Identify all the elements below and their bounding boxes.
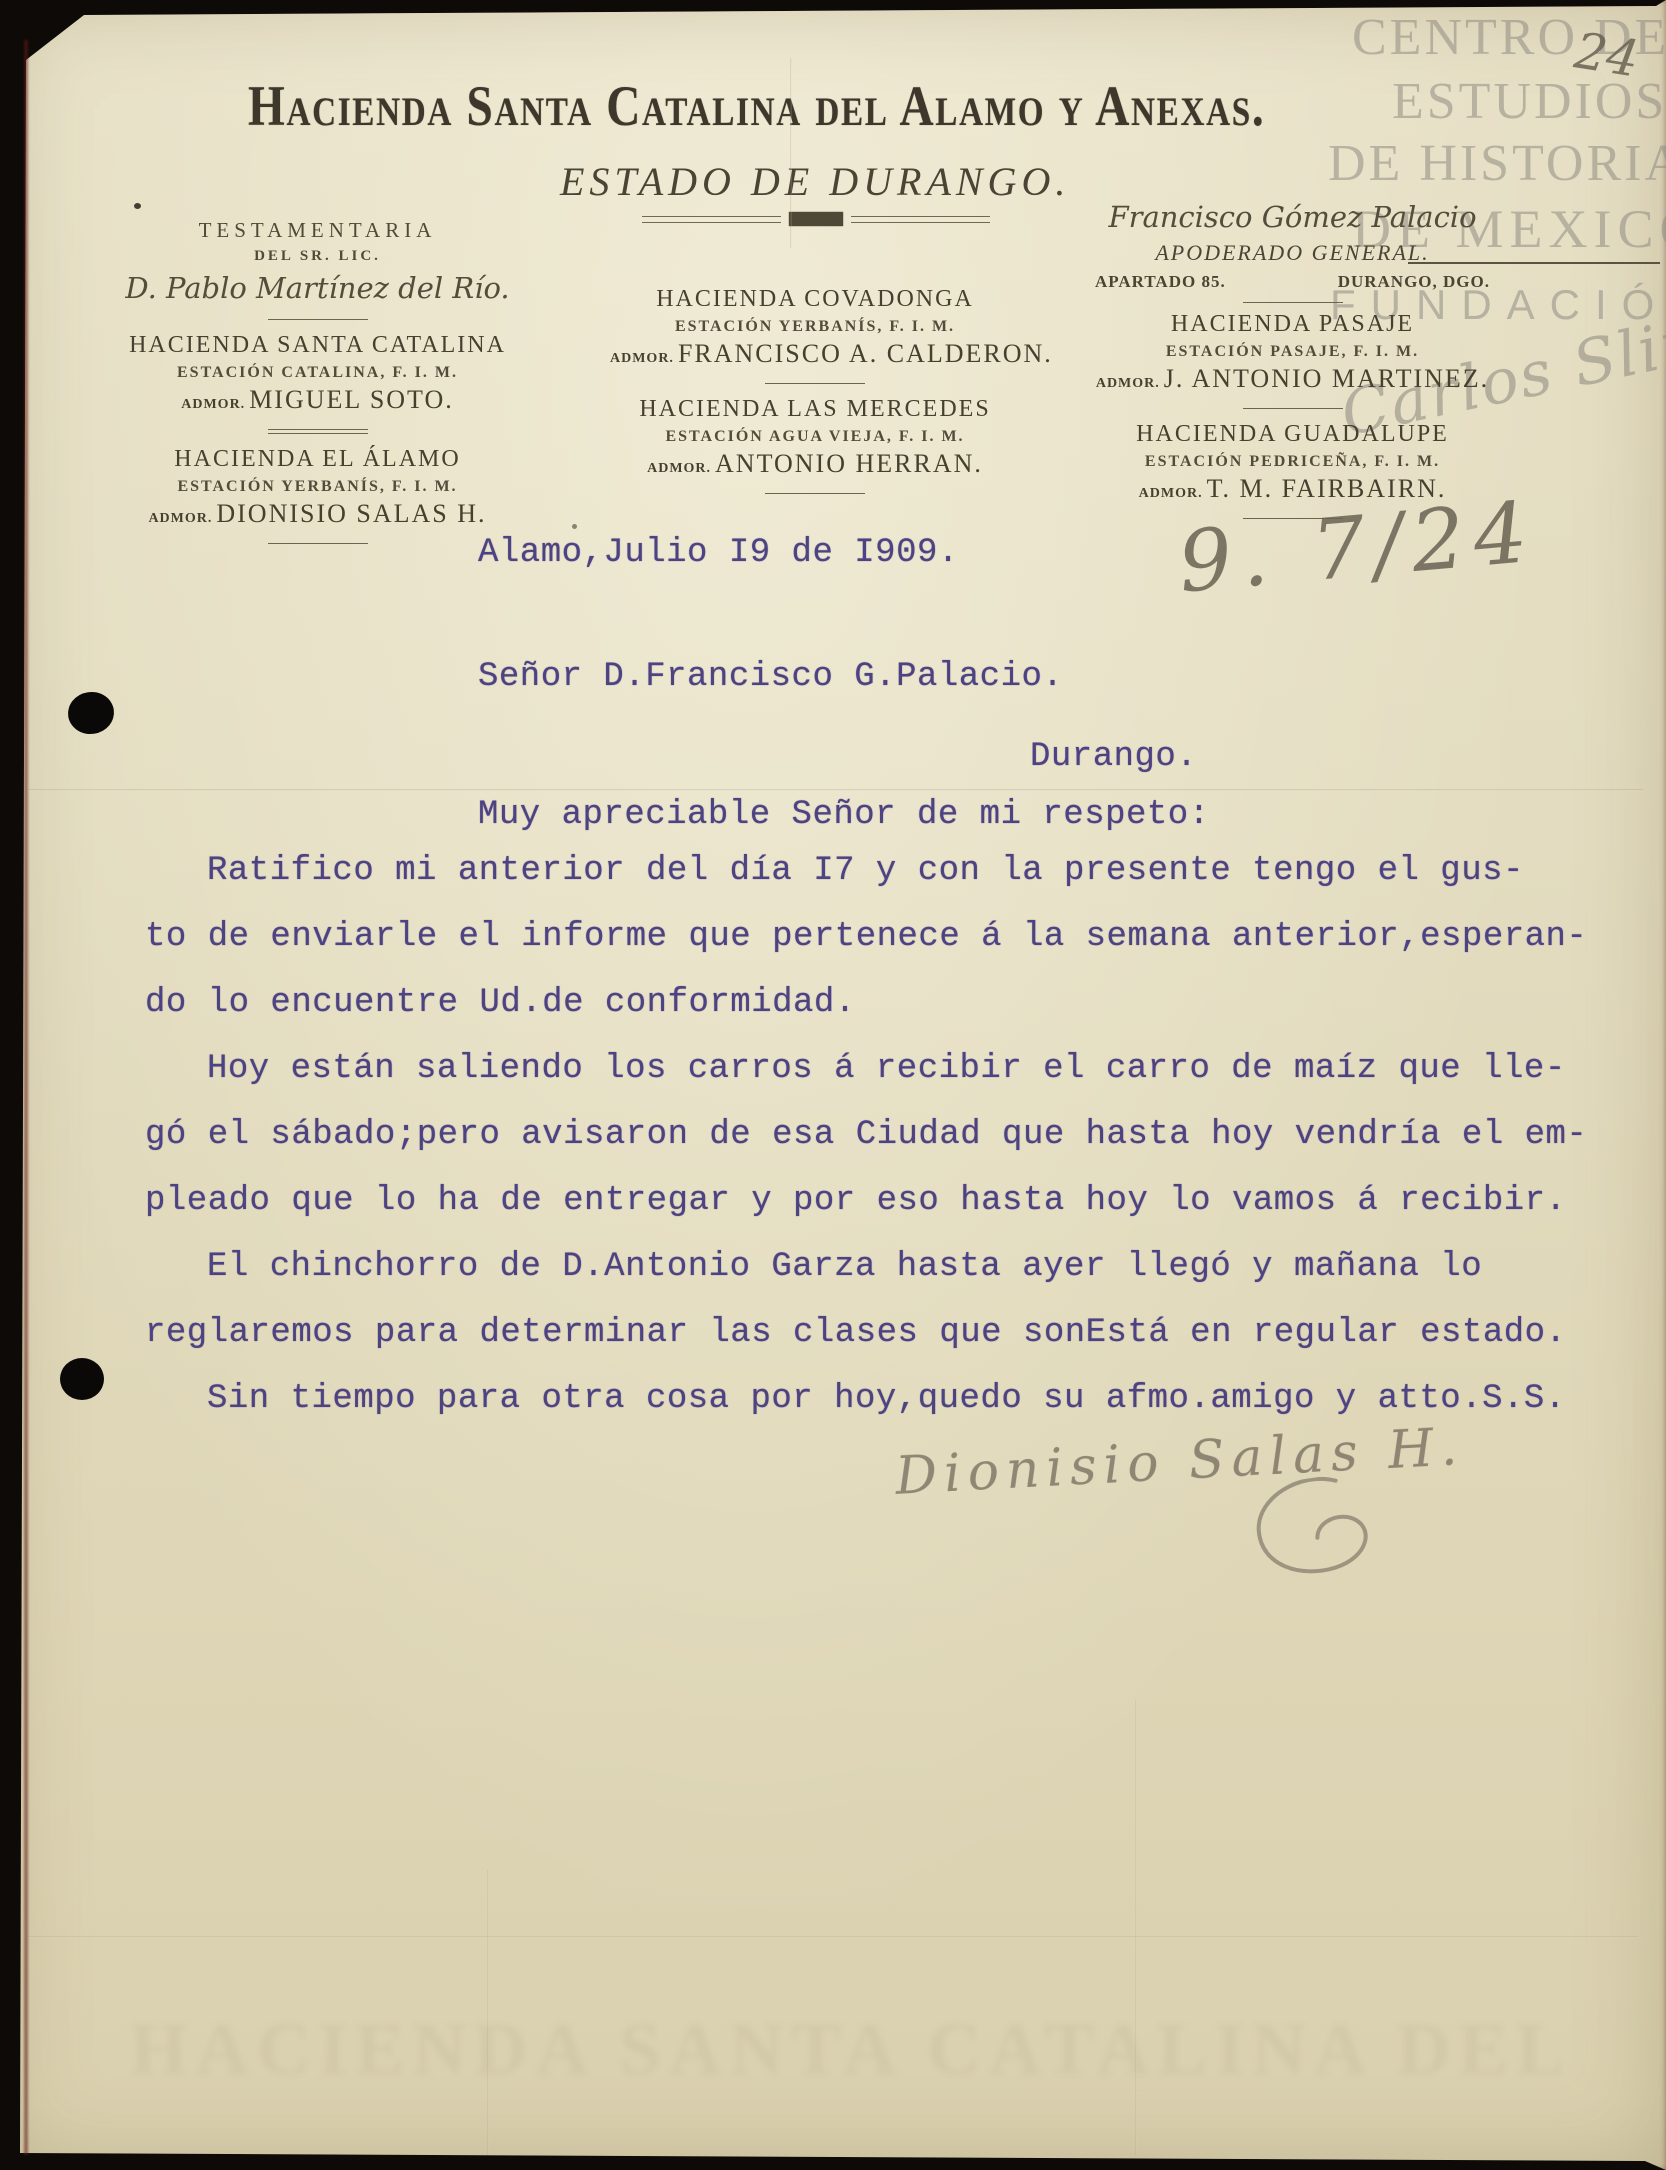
hacienda-name: HACIENDA GUADALUPE <box>1085 421 1500 448</box>
hacienda-admor: ADMOR. T. M. FAIRBAIRN. <box>1085 474 1500 504</box>
body-line: reglaremos para determinar las clases qu… <box>145 1314 1587 1380</box>
divider-rule <box>765 383 865 384</box>
admor-name: FRANCISCO A. CALDERON. <box>678 339 1053 368</box>
hacienda-admor: ADMOR. MIGUEL SOTO. <box>115 385 520 415</box>
letter-salutation: Muy apreciable Señor de mi respeto: <box>478 796 1210 834</box>
divider-rule <box>268 429 368 434</box>
letterhead-right-rule <box>1408 262 1660 264</box>
body-line: gó el sábado;pero avisaron de esa Ciudad… <box>145 1116 1587 1182</box>
scanned-letter-page: CENTRO DE ESTUDIOS DE HISTORIA DE MEXICO… <box>0 0 1666 2170</box>
body-line: to de enviarle el informe que pertenece … <box>145 918 1587 984</box>
ink-speck <box>572 524 577 529</box>
letterhead-right-column: Francisco Gómez Palacio APODERADO GENERA… <box>1085 200 1500 531</box>
admor-label: ADMOR. <box>1096 376 1160 391</box>
body-line: pleado que lo ha de entregar y por eso h… <box>145 1182 1587 1248</box>
hole-punch <box>60 1358 104 1400</box>
hacienda-name: HACIENDA COVADONGA <box>610 286 1020 313</box>
body-line: El chinchorro de D.Antonio Garza hasta a… <box>145 1248 1587 1314</box>
admor-name: T. M. FAIRBAIRN. <box>1207 474 1447 503</box>
hacienda-admor: ADMOR. FRANCISCO A. CALDERON. <box>610 339 1020 369</box>
admor-label: ADMOR. <box>1139 486 1203 501</box>
admor-label: ADMOR. <box>647 461 711 476</box>
body-line: Hoy están saliendo los carros á recibir … <box>145 1050 1587 1116</box>
admor-name: ANTONIO HERRAN. <box>715 449 983 478</box>
agent-name: Francisco Gómez Palacio <box>1085 200 1500 234</box>
watermark-line: DE HISTORIA <box>1328 134 1666 193</box>
pencil-page-number: 24 <box>1571 21 1643 88</box>
admor-name: J. ANTONIO MARTINEZ. <box>1164 364 1489 393</box>
agent-address-row: APARTADO 85. DURANGO, DGO. <box>1095 272 1490 292</box>
hacienda-station: ESTACIÓN YERBANÍS, F. I. M. <box>610 318 1020 336</box>
body-line: do lo encuentre Ud.de conformidad. <box>145 984 1587 1050</box>
letterhead-subtitle: ESTADO DE DURANGO. <box>560 158 1070 205</box>
ornament-rule <box>642 216 781 223</box>
letter-city: Durango. <box>1030 738 1197 776</box>
divider-rule <box>1243 518 1343 519</box>
admor-label: ADMOR. <box>148 511 212 526</box>
letterhead-title: Hacienda Santa Catalina del Alamo y Anex… <box>248 74 1265 139</box>
hacienda-name: HACIENDA PASAJE <box>1085 311 1500 338</box>
testamentaria-heading: TESTAMENTARIA <box>115 218 520 243</box>
paper-edge-shadow <box>24 40 28 2155</box>
fold-crease <box>28 1936 1638 1938</box>
divider-rule <box>1243 302 1343 303</box>
hacienda-name: HACIENDA LAS MERCEDES <box>610 396 1020 423</box>
hacienda-station: ESTACIÓN YERBANÍS, F. I. M. <box>115 478 520 496</box>
ghost-offset-text: HACIENDA SANTA CATALINA DEL ALAMO <box>130 2008 1560 2094</box>
ink-speck <box>134 203 141 209</box>
hacienda-station: ESTACIÓN CATALINA, F. I. M. <box>115 364 520 382</box>
letter-recipient: Señor D.Francisco G.Palacio. <box>478 658 1063 696</box>
signature-flourish <box>1244 1469 1387 1586</box>
testamentaria-name: D. Pablo Martínez del Río. <box>115 271 520 305</box>
admor-label: ADMOR. <box>610 351 674 366</box>
hacienda-station: ESTACIÓN PASAJE, F. I. M. <box>1085 343 1500 361</box>
hacienda-admor: ADMOR. ANTONIO HERRAN. <box>610 449 1020 479</box>
hacienda-name: HACIENDA SANTA CATALINA <box>115 332 520 359</box>
hacienda-station: ESTACIÓN AGUA VIEJA, F. I. M. <box>610 428 1020 446</box>
agent-city: DURANGO, DGO. <box>1338 272 1490 292</box>
ornament-rule <box>851 216 990 223</box>
fold-crease <box>790 58 792 248</box>
admor-name: MIGUEL SOTO. <box>249 385 454 414</box>
hacienda-admor: ADMOR. DIONISIO SALAS H. <box>115 499 520 529</box>
divider-rule <box>765 493 865 494</box>
admor-name: DIONISIO SALAS H. <box>216 499 486 528</box>
fold-crease <box>28 789 1643 791</box>
hacienda-name: HACIENDA EL ÁLAMO <box>115 446 520 473</box>
letter-body: Ratifico mi anterior del día I7 y con la… <box>145 852 1587 1446</box>
ornament-block <box>789 212 843 226</box>
letterhead-ornament <box>642 212 990 226</box>
letter-dateline: Alamo,Julio I9 de I909. <box>478 534 959 572</box>
admor-label: ADMOR. <box>181 397 245 412</box>
letterhead-center-column: HACIENDA COVADONGA ESTACIÓN YERBANÍS, F.… <box>610 284 1020 506</box>
divider-rule <box>268 319 368 320</box>
agent-apartado: APARTADO 85. <box>1095 272 1226 292</box>
divider-rule <box>268 543 368 544</box>
divider-rule <box>1243 408 1343 409</box>
body-line: Ratifico mi anterior del día I7 y con la… <box>145 852 1587 918</box>
letterhead-left-column: TESTAMENTARIA DEL SR. LIC. D. Pablo Mart… <box>115 218 520 556</box>
testamentaria-subheading: DEL SR. LIC. <box>115 248 520 265</box>
hacienda-station: ESTACIÓN PEDRICEÑA, F. I. M. <box>1085 453 1500 471</box>
hacienda-admor: ADMOR. J. ANTONIO MARTINEZ. <box>1085 364 1500 394</box>
